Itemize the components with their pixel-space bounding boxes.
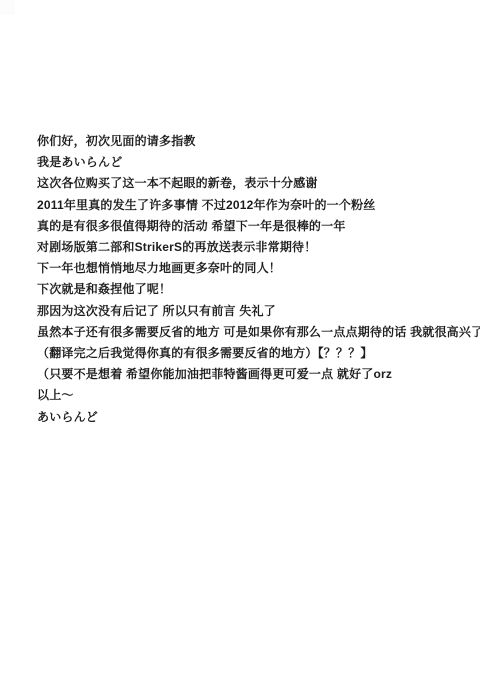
text-line: 对剧场版第二部和StrikerS的再放送表示非常期待！ <box>37 237 479 258</box>
text-line: 你们好，初次见面的请多指教 <box>37 131 479 152</box>
scan-artifact <box>0 0 15 15</box>
text-line: 那因为这次没有后记了 所以只有前言 失礼了 <box>37 301 479 322</box>
text-line: 2011年里真的发生了许多事情 不过2012年作为奈叶的一个粉丝 <box>37 195 479 216</box>
document-page: 你们好，初次见面的请多指教我是あいらんど这次各位购买了这一本不起眼的新卷，表示十… <box>0 0 480 685</box>
text-line: 以上～ <box>37 385 479 406</box>
text-line: 这次各位购买了这一本不起眼的新卷，表示十分感谢 <box>37 173 479 194</box>
text-line: 下次就是和姦捏他了呢！ <box>37 279 479 300</box>
text-line: あいらんど <box>37 407 479 428</box>
text-line: 下一年也想悄悄地尽力地画更多奈叶的同人！ <box>37 258 479 279</box>
text-line: （翻译完之后我觉得你真的有很多需要反省的地方）【？？？】 <box>37 343 479 364</box>
text-line: 虽然本子还有很多需要反省的地方 可是如果你有那么一点点期待的话 我就很高兴了 <box>37 322 479 343</box>
foreword-text-block: 你们好，初次见面的请多指教我是あいらんど这次各位购买了这一本不起眼的新卷，表示十… <box>37 131 479 428</box>
text-line: （只要不是想着 希望你能加油把菲特酱画得更可爱一点 就好了orz <box>37 364 479 385</box>
text-line: 真的是有很多很值得期待的活动 希望下一年是很棒的一年 <box>37 216 479 237</box>
text-line: 我是あいらんど <box>37 152 479 173</box>
